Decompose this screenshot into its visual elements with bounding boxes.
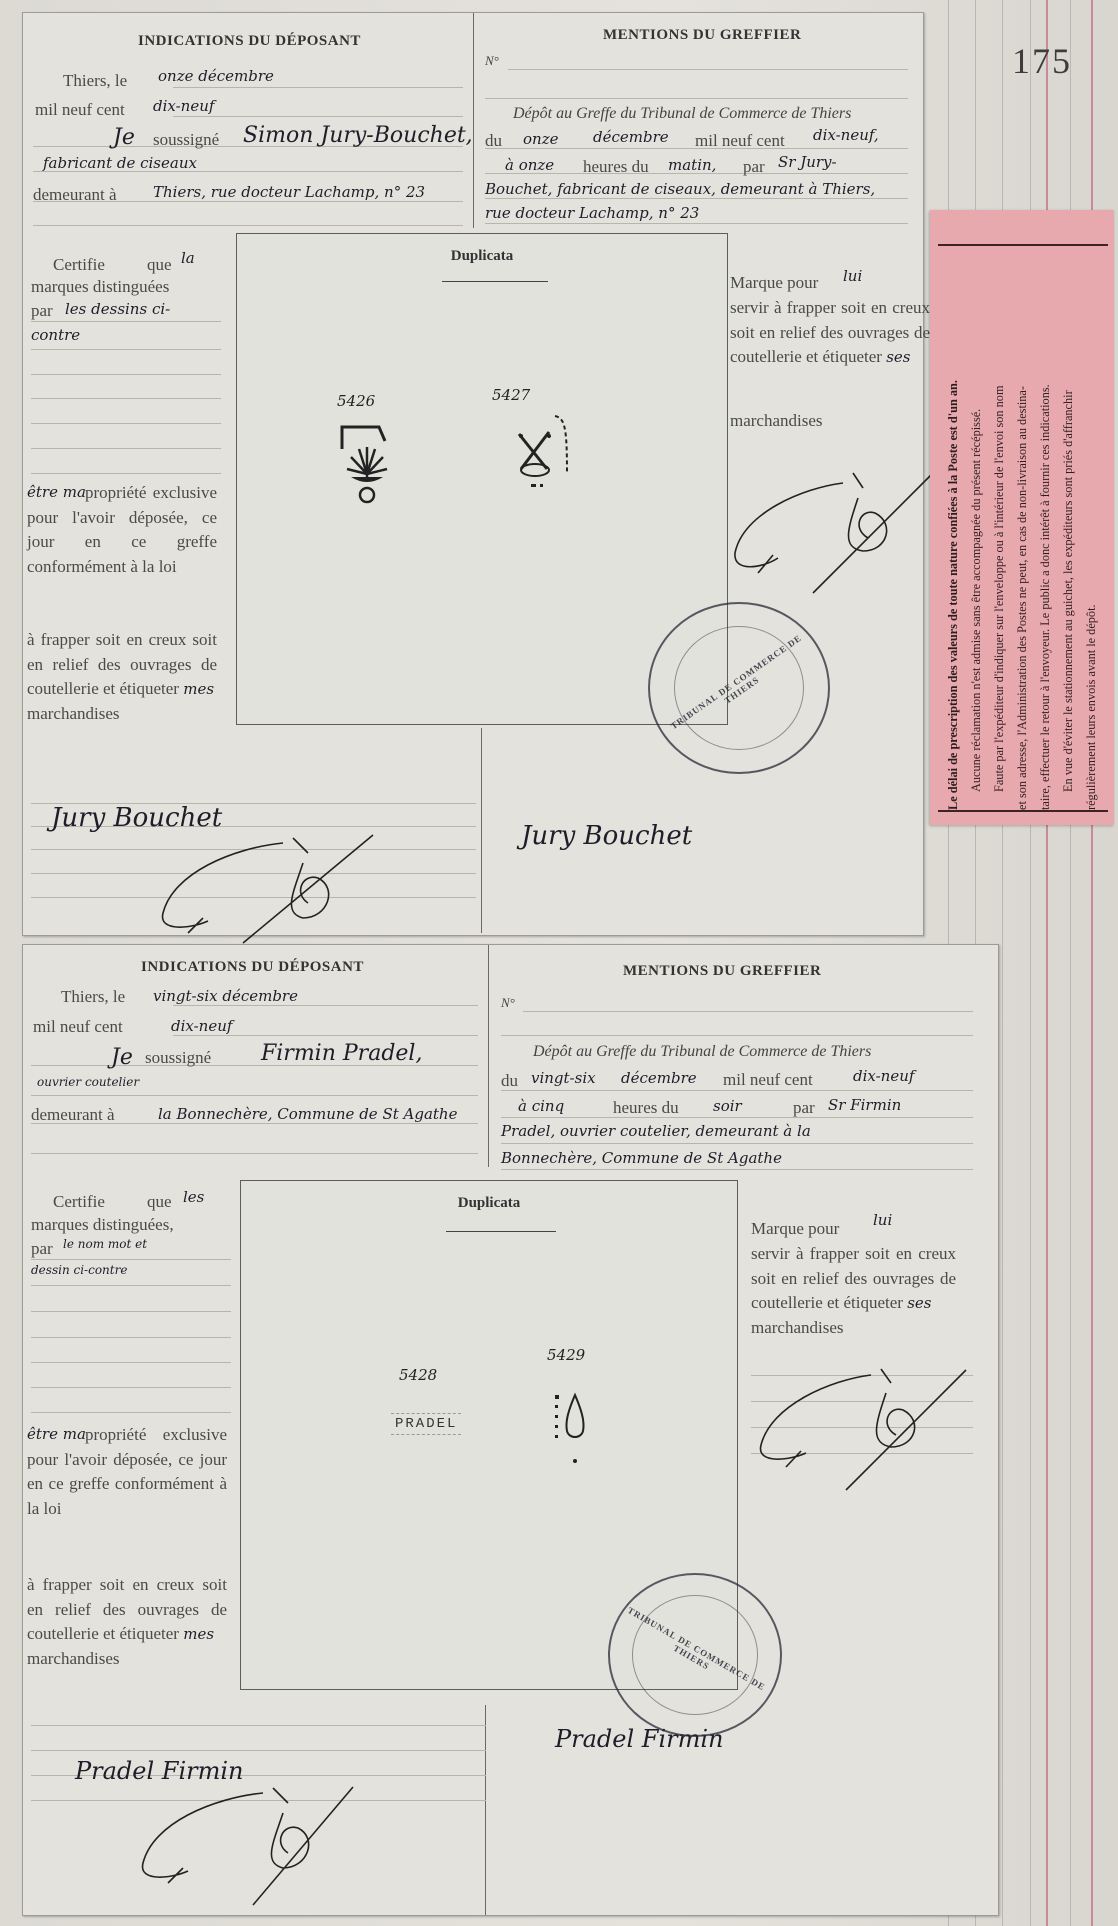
demeurant-label: demeurant à bbox=[33, 183, 117, 207]
par-label: par bbox=[743, 155, 765, 179]
crossed-tools-mark-icon bbox=[507, 414, 577, 504]
pradel-name-mark-icon: PRADEL bbox=[391, 1413, 461, 1435]
par-label-left: par bbox=[31, 299, 53, 323]
clerk-header: MENTIONS DU GREFFIER bbox=[603, 27, 801, 44]
clerk-year-label: mil neuf cent bbox=[695, 129, 785, 153]
clerk-header: MENTIONS DU GREFFIER bbox=[623, 963, 821, 980]
drop-shape-mark-icon bbox=[553, 1391, 593, 1471]
depositor-name-handwritten: Simon Jury-Bouchet, bbox=[243, 123, 473, 148]
date-handwritten: vingt-six décembre bbox=[153, 987, 298, 1005]
certifie-hand: les bbox=[183, 1188, 204, 1206]
address-handwritten: Thiers, rue docteur Lachamp, n° 23 bbox=[153, 183, 425, 201]
par-handwritten: Sr Firmin bbox=[828, 1096, 901, 1114]
par-handwritten: Sr Jury- bbox=[778, 153, 837, 171]
par-hand-left: les dessins ci- bbox=[65, 300, 170, 318]
clerk-line-b: Bonnechère, Commune de St Agathe bbox=[501, 1149, 782, 1167]
period-handwritten: matin, bbox=[668, 156, 716, 174]
signature-right-1: Jury Bouchet bbox=[521, 821, 692, 851]
depositor-name-handwritten: Firmin Pradel, bbox=[261, 1041, 422, 1066]
year-label: mil neuf cent bbox=[33, 1015, 123, 1039]
thiers-le-label: Thiers, le bbox=[61, 985, 125, 1009]
signature-left-2: Pradel Firmin bbox=[75, 1757, 244, 1785]
duplicata-title: Duplicata bbox=[237, 248, 727, 265]
marque-marchandises: marchandises bbox=[730, 409, 823, 433]
par-hand-left-2: contre bbox=[31, 326, 80, 344]
period-handwritten: soir bbox=[713, 1097, 742, 1115]
par-hand-left: le nom mot et bbox=[63, 1237, 147, 1251]
year-handwritten: dix-neuf bbox=[153, 97, 214, 115]
depositor-header: INDICATIONS DU DÉPOSANT bbox=[138, 33, 361, 50]
certifie-rest: à frapper soit en creux soit en relief d… bbox=[27, 1573, 227, 1671]
marques-label: marques distinguées, bbox=[31, 1213, 174, 1237]
propriete-paragraph: propriété exclusive pour l'avoir déposée… bbox=[27, 481, 217, 579]
que-label: que bbox=[147, 1190, 172, 1214]
year-label: mil neuf cent bbox=[35, 98, 125, 122]
clerk-line-a: Pradel, ouvrier coutelier, demeurant à l… bbox=[501, 1122, 811, 1140]
day-handwritten: onze bbox=[523, 130, 558, 148]
soussigne-label: soussigné bbox=[145, 1046, 211, 1070]
clerk-paraph-1b bbox=[723, 463, 943, 583]
month-handwritten: décembre bbox=[621, 1069, 697, 1087]
mark-number: 5428 bbox=[399, 1366, 437, 1384]
occupation-handwritten: ouvrier coutelier bbox=[37, 1075, 139, 1089]
clerk-year-handwritten: dix-neuf, bbox=[813, 126, 879, 144]
marque-body: servir à frapper soit en creux soit en r… bbox=[730, 296, 930, 396]
clerk-paraph-2b bbox=[751, 1365, 981, 1485]
mark-number: 5429 bbox=[547, 1346, 585, 1364]
postal-notice-text: Le délai de prescription des valeurs de … bbox=[942, 215, 1102, 810]
propriete-paragraph: propriété exclusive pour l'avoir déposée… bbox=[27, 1423, 227, 1521]
heures-label: heures du bbox=[613, 1096, 679, 1120]
depositor-header: INDICATIONS DU DÉPOSANT bbox=[141, 959, 364, 976]
mark-number: 5427 bbox=[492, 386, 530, 404]
par-label-left: par bbox=[31, 1237, 53, 1261]
marque-pour-hand: lui bbox=[873, 1211, 892, 1229]
flaming-grenade-mark-icon bbox=[337, 419, 397, 509]
du-label: du bbox=[501, 1069, 518, 1093]
hour-handwritten: à cinq bbox=[518, 1097, 564, 1115]
tribunal-stamp-1: TRIBUNAL DE COMMERCE DE THIERS bbox=[648, 602, 830, 774]
marque-body: servir à frapper soit en creux soit en r… bbox=[751, 1242, 956, 1340]
depot-text: Dépôt au Greffe du Tribunal de Commerce … bbox=[513, 105, 851, 123]
postal-notice-slip: Le délai de prescription des valeurs de … bbox=[930, 210, 1114, 825]
occupation-handwritten: fabricant de ciseaux bbox=[43, 154, 197, 172]
page-number: 175 bbox=[1012, 40, 1072, 82]
je-handwritten: Je bbox=[113, 125, 135, 150]
marque-pour-label: Marque pour bbox=[730, 271, 818, 295]
signature-left-1: Jury Bouchet bbox=[51, 803, 222, 833]
soussigne-label: soussigné bbox=[153, 128, 219, 152]
mark-number: 5426 bbox=[337, 392, 375, 410]
no-label: N° bbox=[485, 53, 499, 69]
tribunal-stamp-2: TRIBUNAL DE COMMERCE DE THIERS bbox=[608, 1573, 782, 1737]
certifie-label: Certifie bbox=[53, 1190, 105, 1214]
day-handwritten: vingt-six bbox=[531, 1069, 596, 1087]
par-label: par bbox=[793, 1096, 815, 1120]
clerk-line-a: Bouchet, fabricant de ciseaux, demeurant… bbox=[485, 180, 875, 198]
clerk-year-handwritten: dix-neuf bbox=[853, 1067, 914, 1085]
year-handwritten: dix-neuf bbox=[171, 1017, 232, 1035]
demeurant-label: demeurant à bbox=[31, 1103, 115, 1127]
clerk-year-label: mil neuf cent bbox=[723, 1068, 813, 1092]
marques-label: marques distinguées bbox=[31, 275, 169, 299]
certifie-rest: à frapper soit en creux soit en relief d… bbox=[27, 628, 217, 726]
thiers-le-label: Thiers, le bbox=[63, 69, 127, 93]
clerk-paraph-1 bbox=[143, 833, 423, 943]
par-hand-left-2: dessin ci-contre bbox=[31, 1263, 127, 1277]
clerk-paraph-2 bbox=[123, 1785, 383, 1905]
du-label: du bbox=[485, 129, 502, 153]
month-handwritten: décembre bbox=[593, 128, 669, 146]
hour-handwritten: à onze bbox=[505, 156, 554, 174]
duplicata-title: Duplicata bbox=[241, 1195, 737, 1212]
certifie-label: Certifie bbox=[53, 253, 105, 277]
duplicata-box-1: Duplicata 5426 5427 bbox=[236, 233, 728, 725]
clerk-line-b: rue docteur Lachamp, n° 23 bbox=[485, 204, 699, 222]
no-label: N° bbox=[501, 995, 515, 1011]
date-handwritten: onze décembre bbox=[158, 67, 274, 85]
certifie-hand: la bbox=[181, 249, 195, 267]
marque-pour-label: Marque pour bbox=[751, 1217, 839, 1241]
heures-label: heures du bbox=[583, 155, 649, 179]
address-handwritten: la Bonnechère, Commune de St Agathe bbox=[158, 1105, 457, 1123]
que-label: que bbox=[147, 253, 172, 277]
je-handwritten: Je bbox=[111, 1045, 133, 1070]
marque-pour-hand: lui bbox=[843, 267, 862, 285]
depot-text: Dépôt au Greffe du Tribunal de Commerce … bbox=[533, 1043, 871, 1061]
